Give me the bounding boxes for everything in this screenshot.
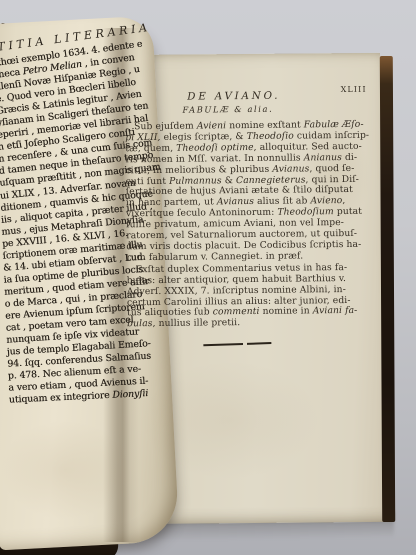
italic-text: Avianus: [217, 196, 254, 207]
text: nomine in: [260, 306, 313, 318]
italic-text: Avianus: [272, 163, 309, 174]
book-photo: TITIA LITERARIA ithœi exemplo 1634. 4. e…: [0, 0, 416, 555]
text: putat: [334, 206, 362, 217]
right-running-header: DE AVIANO.: [187, 90, 280, 103]
italic-text: Dionyſii: [112, 388, 148, 401]
italic-text: pi XLII,: [125, 132, 160, 143]
text: , nullius ille pretii.: [153, 317, 241, 329]
text: , quod ſe-: [309, 163, 354, 174]
text: , qui in Diſ-: [305, 173, 359, 185]
italic-text: commenti: [213, 306, 260, 317]
section-subtitle: FABULÆ & alia.: [125, 103, 371, 116]
italic-text: Cannegieterus: [236, 174, 306, 186]
right-page-header-row: DE AVIANO. XLIII: [125, 83, 371, 99]
paper-stain: [0, 420, 130, 520]
italic-text: Avieni: [197, 120, 226, 131]
italic-text: Aviani fa-: [313, 305, 358, 316]
italic-text: Anianus: [304, 152, 342, 163]
text: di-: [342, 152, 357, 163]
right-page-text: DE AVIANO. XLIII FABULÆ & alia. Sub ejuſ…: [125, 83, 374, 346]
italic-text: Pulmannus: [169, 175, 222, 187]
text: cuti ſunt: [126, 175, 170, 186]
text-line: bulas, nullius ille pretii.: [127, 317, 373, 330]
text: cuidam inſcrip-: [294, 130, 369, 142]
paragraph: Sub ejuſdem Avieni nomine exſtant Fabulæ…: [125, 120, 372, 264]
text: alius ſit ab: [254, 196, 311, 208]
italic-text: Avieno: [310, 195, 342, 206]
page-number: XLIII: [341, 85, 367, 94]
text: &: [222, 175, 236, 186]
italic-text: Theodoſium: [277, 206, 334, 218]
text: ,: [342, 195, 345, 206]
right-page-body: Sub ejuſdem Avieni nomine exſtant Fabulæ…: [125, 120, 373, 331]
italic-text: Theodoſio: [247, 130, 294, 141]
paragraph: Exſtat duplex Commentarius vetus in has …: [127, 262, 374, 330]
text: Sub ejuſdem: [134, 121, 197, 133]
book-cover-edge: [380, 56, 395, 522]
text: tæ, quem,: [125, 143, 176, 155]
text: rum fabularum v. Cannegiet. in præf.: [126, 250, 303, 263]
italic-text: Fabulæ Æſo-: [304, 119, 364, 131]
italic-text: bulas: [127, 318, 153, 329]
